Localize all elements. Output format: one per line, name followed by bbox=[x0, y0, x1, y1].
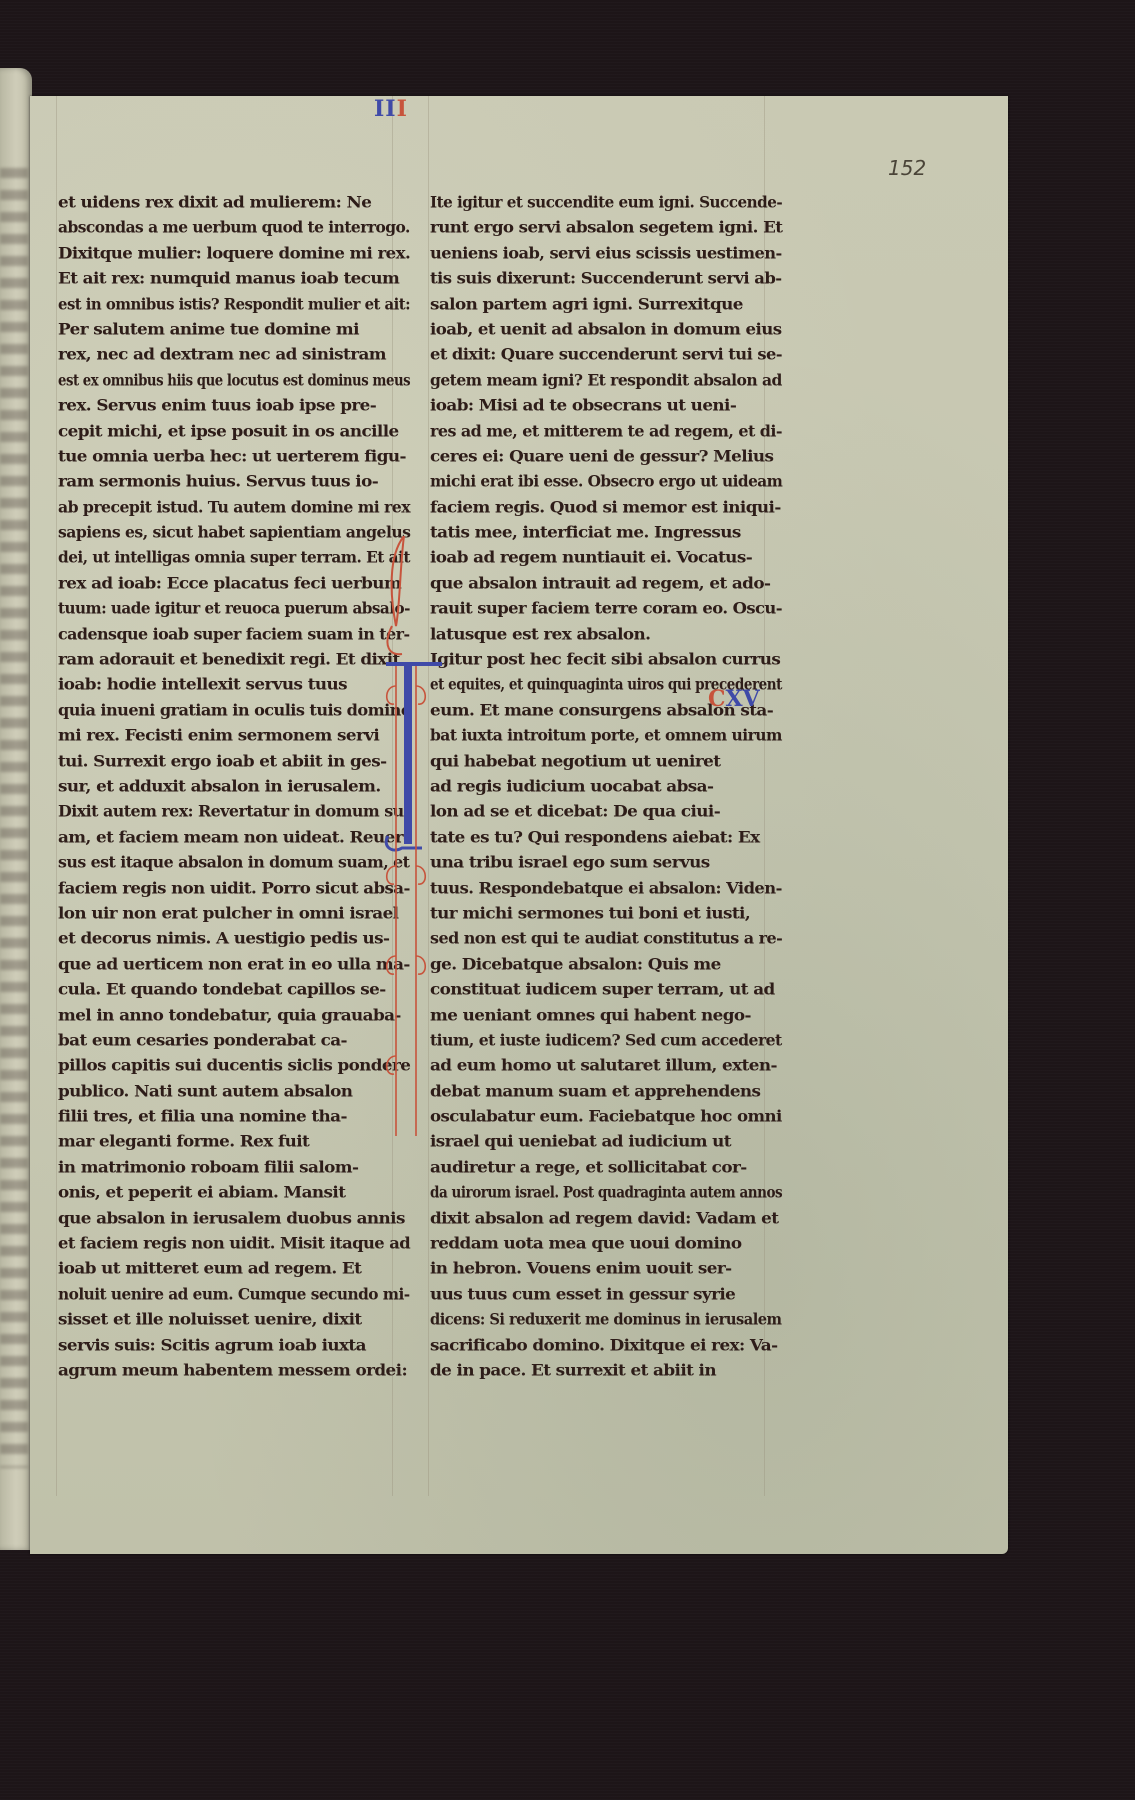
text-line: sisset et ille noluisset uenire, dixit bbox=[58, 1309, 410, 1332]
text-line: Per salutem anime tue domine mi bbox=[58, 319, 410, 342]
text-line: ge. Dicebatque absalon: Quis me bbox=[430, 954, 782, 977]
manuscript-page: III 152 et uidens rex dixit ad mulierem:… bbox=[30, 96, 1008, 1554]
text-line: cula. Et quando tondebat capillos se- bbox=[58, 979, 410, 1002]
text-line: sus est itaque absalon in domum suam, et bbox=[58, 852, 390, 875]
text-line: et uidens rex dixit ad mulierem: Ne bbox=[58, 192, 410, 215]
text-line: dixit absalon ad regem david: Vadam et bbox=[430, 1208, 782, 1231]
text-line: bat eum cesaries ponderabat ca- bbox=[58, 1030, 410, 1053]
text-line: sapiens es, sicut habet sapientiam angel… bbox=[58, 522, 386, 545]
text-line: in hebron. Vouens enim uouit ser- bbox=[430, 1258, 782, 1281]
text-line: constituat iudicem super terram, ut ad bbox=[430, 979, 782, 1002]
text-line: faciem regis. Quod si memor est iniqui- bbox=[430, 497, 782, 520]
text-line: noluit uenire ad eum. Cumque secundo mi- bbox=[58, 1284, 379, 1307]
text-line: quia inueni gratiam in oculis tuis domin… bbox=[58, 700, 396, 723]
text-line: dicens: Si reduxerit me dominus in ierus… bbox=[430, 1309, 737, 1332]
text-line: israel qui ueniebat ad iudicium ut bbox=[430, 1131, 782, 1154]
left-text-column: et uidens rex dixit ad mulierem: Neabsco… bbox=[58, 191, 418, 1384]
text-line: reddam uota mea que uoui domino bbox=[430, 1233, 782, 1256]
folio-number: 152 bbox=[888, 156, 926, 180]
text-line: cadensque ioab super faciem suam in ter- bbox=[58, 624, 391, 647]
text-line: ioab: hodie intellexit servus tuus bbox=[58, 674, 410, 697]
text-line: sed non est qui te audiat constitutus a … bbox=[430, 928, 765, 951]
text-line: tatis mee, interficiat me. Ingressus bbox=[430, 522, 782, 545]
text-line: qui habebat negotium ut ueniret bbox=[430, 751, 782, 774]
text-line: Dixitque mulier: loquere domine mi rex. bbox=[58, 243, 406, 266]
running-head: III bbox=[374, 96, 408, 122]
text-line: servis suis: Scitis agrum ioab iuxta bbox=[58, 1335, 410, 1358]
right-text-column: Ite igitur et succendite eum igni. Succe… bbox=[430, 191, 790, 1384]
text-line: me ueniant omnes qui habent nego- bbox=[430, 1005, 782, 1028]
text-line: ad regis iudicium uocabat absa- bbox=[430, 776, 782, 799]
text-line: faciem regis non uidit. Porro sicut absa… bbox=[58, 878, 406, 901]
text-line: publico. Nati sunt autem absalon bbox=[58, 1081, 410, 1104]
text-line: Dixit autem rex: Revertatur in domum su- bbox=[58, 801, 391, 824]
text-line: que absalon intrauit ad regem, et ado- bbox=[430, 573, 782, 596]
text-line: est in omnibus istis? Respondit mulier e… bbox=[58, 294, 369, 317]
text-line: ioab ad regem nuntiauit ei. Vocatus- bbox=[430, 547, 782, 570]
text-line: rex ad ioab: Ecce placatus feci uerbum bbox=[58, 573, 410, 596]
text-line: lon uir non erat pulcher in omni israel bbox=[58, 903, 410, 926]
text-line: tis suis dixerunt: Succenderunt servi ab… bbox=[430, 268, 775, 291]
text-line: ceres ei: Quare ueni de gessur? Melius bbox=[430, 446, 782, 469]
text-line: de in pace. Et surrexit et abiit in bbox=[430, 1360, 782, 1383]
text-line: onis, et peperit ei abiam. Mansit bbox=[58, 1182, 410, 1205]
text-line: et dixit: Quare succenderunt servi tui s… bbox=[430, 344, 772, 367]
text-line: Ite igitur et succendite eum igni. Succe… bbox=[430, 192, 748, 215]
decorated-initial-icon bbox=[382, 536, 448, 1136]
text-line: mi rex. Fecisti enim sermonem servi bbox=[58, 725, 410, 748]
text-line: tate es tu? Qui respondens aiebat: Ex bbox=[430, 827, 782, 850]
text-line: runt ergo servi absalon segetem igni. Et bbox=[430, 217, 779, 240]
previous-leaf-edge bbox=[0, 68, 32, 1550]
text-line: rex. Servus enim tuus ioab ipse pre- bbox=[58, 395, 410, 418]
text-line: ioab: Misi ad te obsecrans ut ueni- bbox=[430, 395, 782, 418]
text-line: ab precepit istud. Tu autem domine mi re… bbox=[58, 497, 386, 520]
text-line: tur michi sermones tui boni et iusti, bbox=[430, 903, 782, 926]
ruling-line bbox=[56, 96, 57, 1496]
text-line: tium, et iuste iudicem? Sed cum accedere… bbox=[430, 1030, 758, 1053]
text-line: rex, nec ad dextram nec ad sinistram bbox=[58, 344, 410, 367]
text-line: ram adorauit et benedixit regi. Et dixit bbox=[58, 649, 410, 672]
text-line: rauit super faciem terre coram eo. Oscu- bbox=[430, 598, 773, 621]
text-line: que ad uerticem non erat in eo ulla ma- bbox=[58, 954, 410, 977]
text-line: tue omnia uerba hec: ut uerterem figu- bbox=[58, 446, 410, 469]
text-line: que absalon in ierusalem duobus annis bbox=[58, 1208, 410, 1231]
text-line: filii tres, et filia una nomine tha- bbox=[58, 1106, 410, 1129]
text-line: audiretur a rege, et sollicitabat cor- bbox=[430, 1157, 782, 1180]
text-line: osculabatur eum. Faciebatque hoc omni bbox=[430, 1106, 778, 1129]
text-line: salon partem agri igni. Surrexitque bbox=[430, 294, 782, 317]
text-line: in matrimonio roboam filii salom- bbox=[58, 1157, 410, 1180]
text-line: et equites, et quinquaginta uiros qui pr… bbox=[430, 674, 713, 697]
text-line: ad eum homo ut salutaret illum, exten- bbox=[430, 1055, 782, 1078]
text-line: mel in anno tondebatur, quia grauaba- bbox=[58, 1005, 410, 1028]
chapter-marker: CXV bbox=[708, 686, 760, 712]
text-line: abscondas a me uerbum quod te interrogo. bbox=[58, 217, 382, 240]
text-line: debat manum suam et apprehendens bbox=[430, 1081, 782, 1104]
text-line: mar eleganti forme. Rex fuit bbox=[58, 1131, 410, 1154]
chapter-marker-blue: XV bbox=[726, 686, 760, 712]
text-line: tuus. Respondebatque ei absalon: Viden- bbox=[430, 878, 772, 901]
text-line: getem meam igni? Et respondit absalon ad bbox=[430, 370, 756, 393]
text-line: ioab, et uenit ad absalon in domum eius bbox=[430, 319, 778, 342]
text-line: est ex omnibus hiis que locutus est domi… bbox=[58, 370, 336, 393]
text-line: tuum: uade igitur et reuoca puerum absal… bbox=[58, 598, 376, 621]
running-head-red: I bbox=[397, 96, 408, 122]
text-line: pillos capitis sui ducentis siclis ponde… bbox=[58, 1055, 409, 1078]
running-head-blue: II bbox=[374, 96, 397, 122]
text-line: sur, et adduxit absalon in ierusalem. bbox=[58, 776, 410, 799]
text-line: una tribu israel ego sum servus bbox=[430, 852, 782, 875]
text-line: res ad me, et mitterem te ad regem, et d… bbox=[430, 421, 764, 444]
text-line: et decorus nimis. A uestigio pedis us- bbox=[58, 928, 410, 951]
previous-leaf-text-shadow bbox=[0, 168, 28, 1468]
chapter-marker-red: C bbox=[708, 686, 726, 712]
text-line: da uirorum israel. Post quadraginta aute… bbox=[430, 1182, 713, 1205]
text-line: ioab ut mitteret eum ad regem. Et bbox=[58, 1258, 410, 1281]
text-line: latusque est rex absalon. bbox=[430, 624, 782, 647]
text-line: Et ait rex: numquid manus ioab tecum bbox=[58, 268, 410, 291]
text-line: am, et faciem meam non uideat. Reuer- bbox=[58, 827, 410, 850]
text-line: agrum meum habentem messem ordei: bbox=[58, 1360, 410, 1383]
text-line: dei, ut intelligas omnia super terram. E… bbox=[58, 547, 379, 570]
text-line: sacrificabo domino. Dixitque ei rex: Va- bbox=[430, 1335, 782, 1358]
text-line: ueniens ioab, servi eius scissis uestime… bbox=[430, 243, 771, 266]
text-line: lon ad se et dicebat: De qua ciui- bbox=[430, 801, 782, 824]
text-line: bat iuxta introitum porte, et omnem uiru… bbox=[430, 725, 755, 748]
text-line: cepit michi, et ipse posuit in os ancill… bbox=[58, 421, 410, 444]
text-line: et faciem regis non uidit. Misit itaque … bbox=[58, 1233, 400, 1256]
text-line: ram sermonis huius. Servus tuus io- bbox=[58, 471, 410, 494]
text-line: tui. Surrexit ergo ioab et abiit in ges- bbox=[58, 751, 410, 774]
text-line: Igitur post hec fecit sibi absalon curru… bbox=[430, 649, 782, 672]
text-line: michi erat ibi esse. Obsecro ergo ut uid… bbox=[430, 471, 751, 494]
text-line: uus tuus cum esset in gessur syrie bbox=[430, 1284, 782, 1307]
